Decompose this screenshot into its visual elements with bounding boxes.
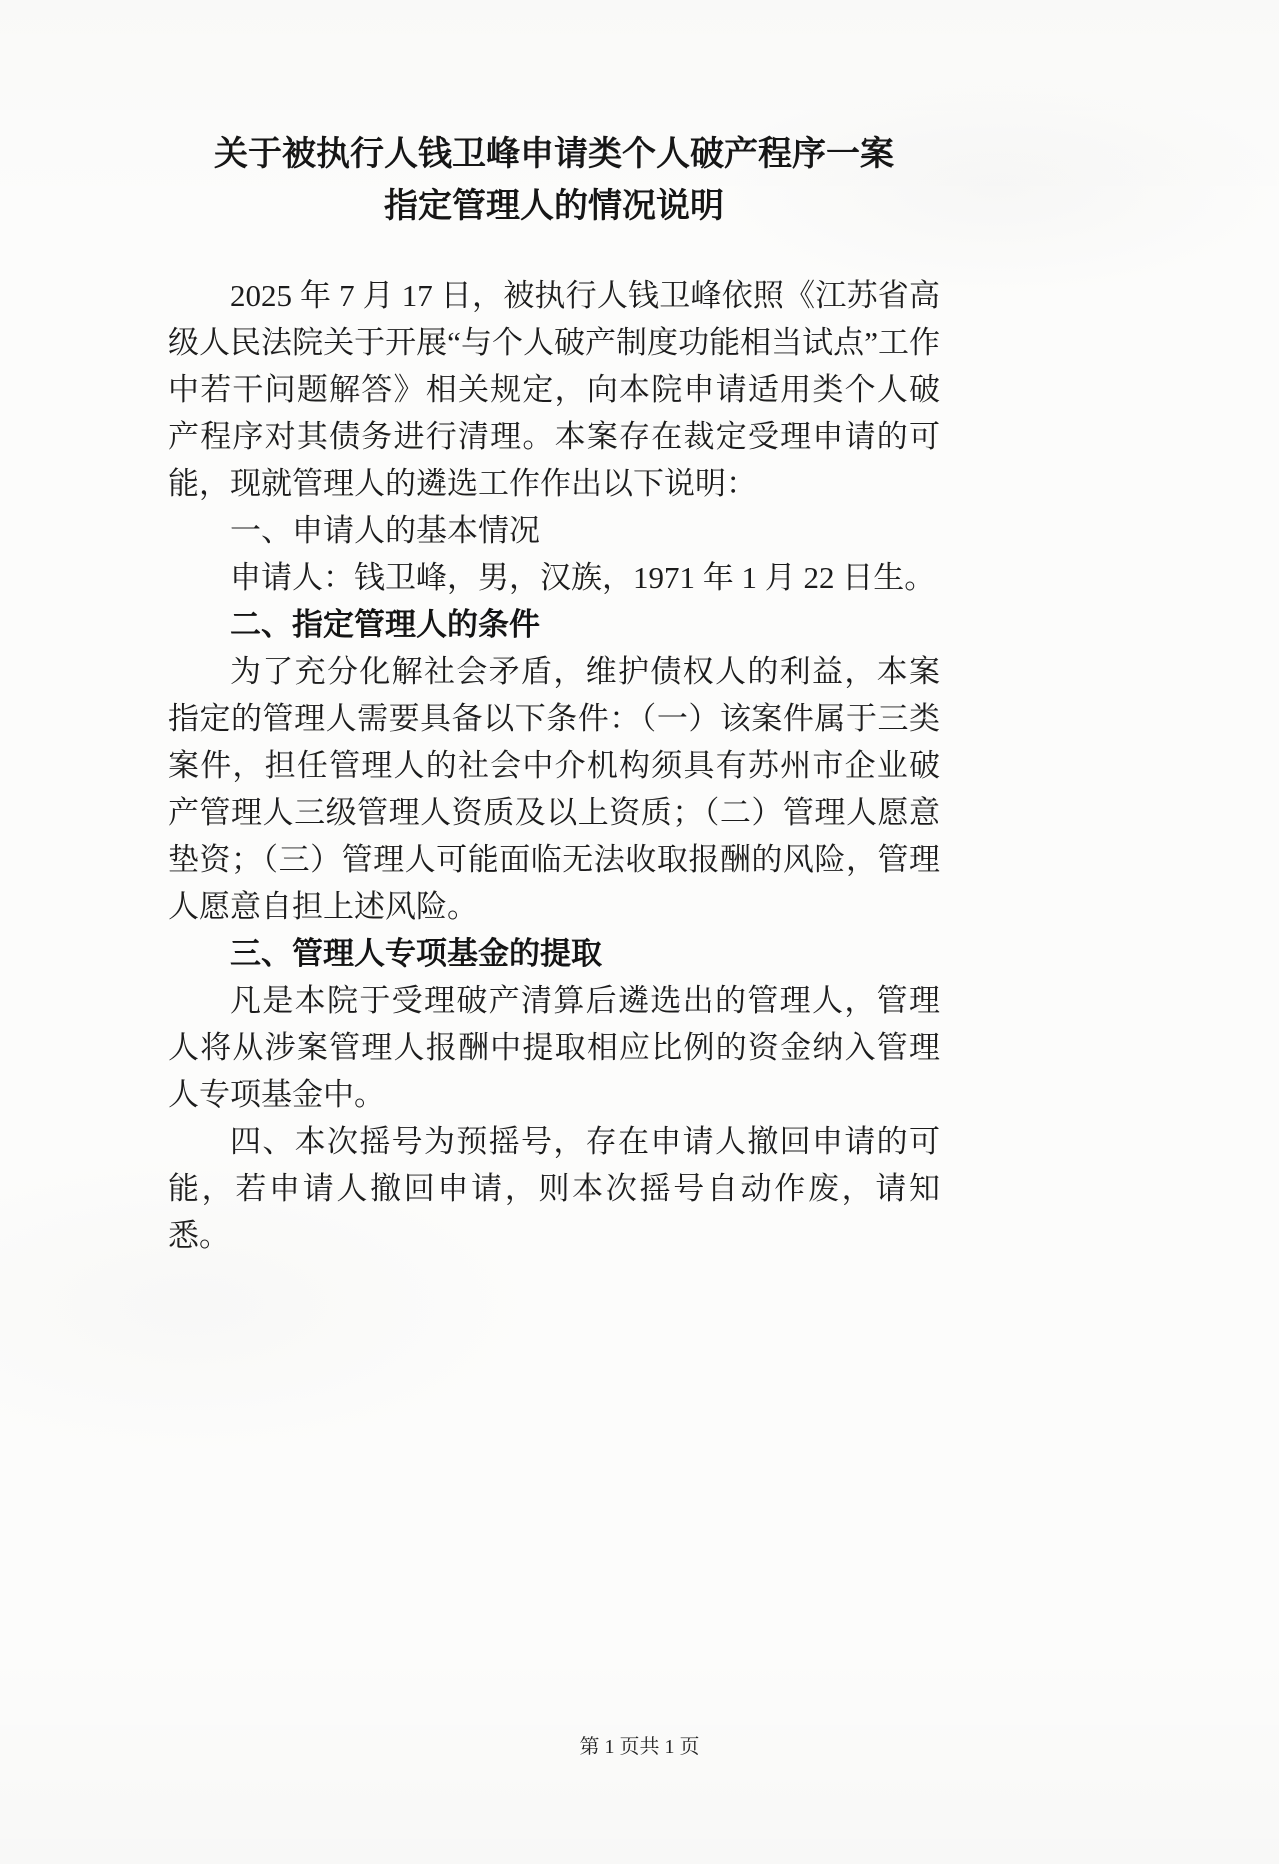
section-heading-special-fund: 三、管理人专项基金的提取 (168, 930, 940, 977)
paragraph-lottery-notice: 四、本次摇号为预摇号，存在申请人撤回申请的可能，若申请人撤回申请，则本次摇号自动… (168, 1118, 940, 1259)
document-content: 关于被执行人钱卫峰申请类个人破产程序一案 指定管理人的情况说明 2025 年 7… (168, 128, 940, 1259)
paragraph-fund-extraction: 凡是本院于受理破产清算后遴选出的管理人，管理人将从涉案管理人报酬中提取相应比例的… (168, 977, 940, 1118)
scanned-document-page: 关于被执行人钱卫峰申请类个人破产程序一案 指定管理人的情况说明 2025 年 7… (0, 0, 1279, 1864)
paragraph-conditions: 为了充分化解社会矛盾，维护债权人的利益，本案指定的管理人需要具备以下条件：（一）… (168, 648, 940, 930)
page-number-footer: 第 1 页共 1 页 (0, 1733, 1279, 1761)
document-title-line-1: 关于被执行人钱卫峰申请类个人破产程序一案 (168, 128, 940, 180)
document-title: 关于被执行人钱卫峰申请类个人破产程序一案 指定管理人的情况说明 (168, 128, 940, 232)
section-heading-administrator-conditions: 二、指定管理人的条件 (168, 601, 940, 648)
paragraph-applicant-details: 申请人：钱卫峰，男，汉族，1971 年 1 月 22 日生。 (168, 554, 940, 601)
paragraph-intro: 2025 年 7 月 17 日，被执行人钱卫峰依照《江苏省高级人民法院关于开展“… (168, 272, 940, 507)
document-title-line-2: 指定管理人的情况说明 (168, 180, 940, 232)
section-heading-applicant-info: 一、申请人的基本情况 (168, 507, 940, 554)
